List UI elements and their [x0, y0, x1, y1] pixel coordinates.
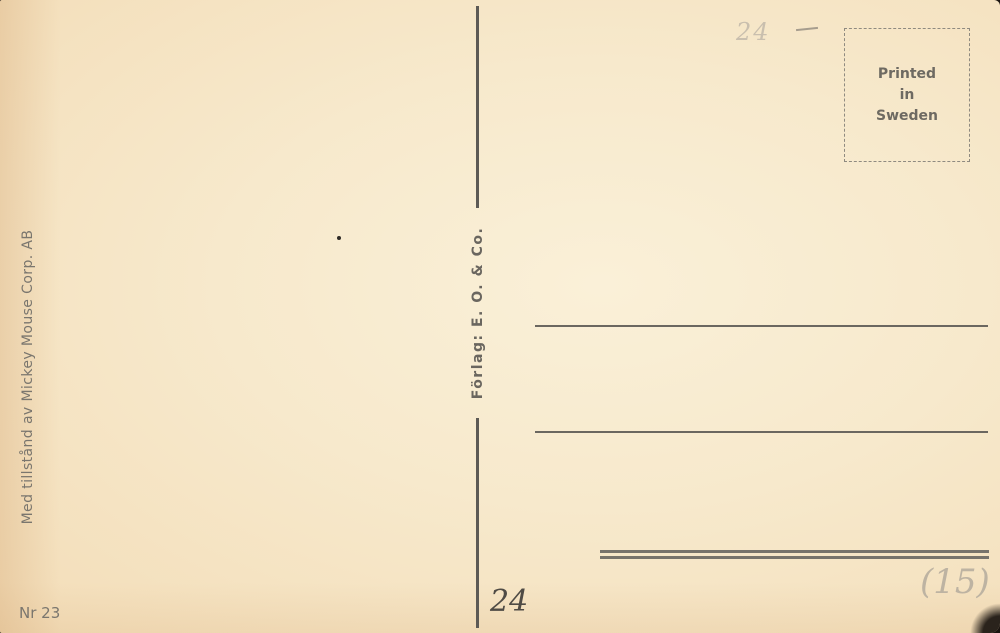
- ink-speck: [337, 236, 341, 240]
- handwritten-number: 24: [490, 584, 528, 619]
- handwritten-pencil-top: 24: [736, 18, 771, 46]
- address-line-2: [535, 431, 988, 433]
- center-divider-bottom: [476, 418, 479, 628]
- stamp-box-line-3: Sweden: [876, 106, 938, 127]
- stamp-box-line-2: in: [900, 85, 915, 106]
- address-line-1: [535, 325, 988, 327]
- stamp-box: Printed in Sweden: [844, 28, 970, 162]
- corner-shadow: [970, 603, 1000, 633]
- address-line-3-lower: [600, 556, 989, 559]
- card-number: Nr 23: [19, 604, 60, 622]
- postcard-back: Förlag: E. O. & Co. Med tillstånd av Mic…: [0, 0, 1000, 633]
- address-line-3-upper: [600, 550, 989, 553]
- publisher-text: Förlag: E. O. & Co.: [470, 227, 486, 400]
- stamp-box-line-1: Printed: [878, 64, 936, 85]
- permission-text: Med tillstånd av Mickey Mouse Corp. AB: [20, 230, 36, 525]
- handwritten-pencil-bottom: (15): [920, 562, 990, 602]
- center-divider-top: [476, 6, 479, 208]
